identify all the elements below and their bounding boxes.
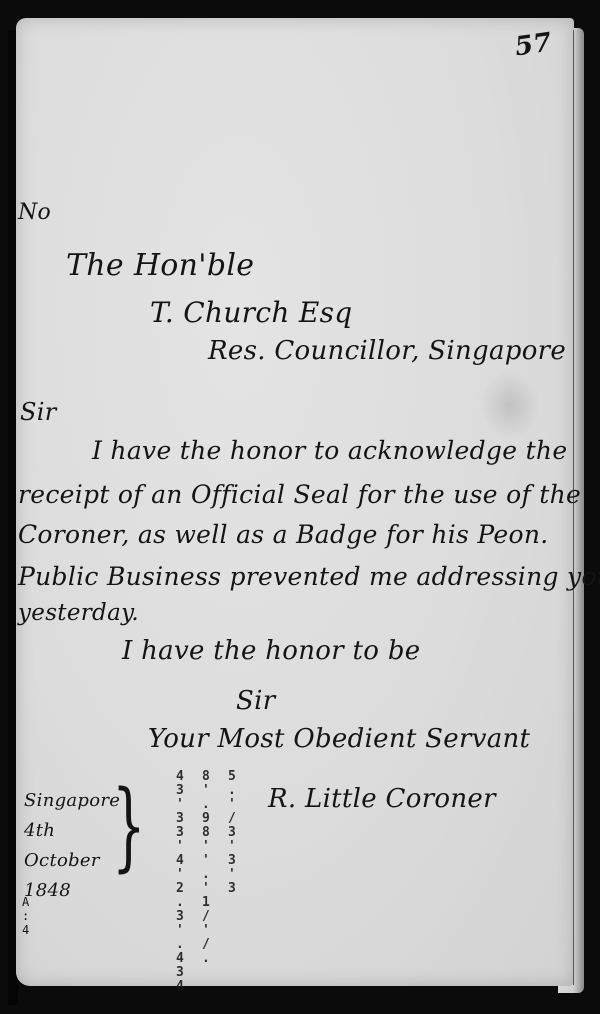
salutation: Sir bbox=[20, 398, 57, 426]
brace-icon: } bbox=[112, 778, 146, 874]
body-line-5: yesterday. bbox=[18, 600, 139, 626]
body-line-1: I have the honor to acknowledge the bbox=[92, 436, 567, 465]
ink-bleed-stain bbox=[480, 370, 540, 440]
left-edge-marks: A : 4 bbox=[22, 895, 29, 937]
body-line-3: Coroner, as well as a Badge for his Peon… bbox=[18, 520, 549, 549]
address-line-name: T. Church Esq bbox=[150, 296, 352, 329]
closing-line-2: Sir bbox=[236, 686, 275, 716]
register-column-2: 8 ' . 9 8 ' ' . ' 1 / ' / . bbox=[202, 770, 216, 985]
address-line-position: Res. Councillor, Singapore bbox=[208, 336, 566, 366]
signature: R. Little Coroner bbox=[268, 784, 496, 814]
address-line-title: The Hon'ble bbox=[66, 248, 254, 283]
folio-number: 57 bbox=[513, 28, 554, 63]
place-and-date: Singapore 4th October 1848 bbox=[24, 786, 124, 906]
bleed-through-register-columns: 4 3 ' 3 3 ' 4 ' 2 . 3 ' . 4 3 4 8 ' . 9 … bbox=[172, 770, 252, 985]
register-column-1: 4 3 ' 3 3 ' 4 ' 2 . 3 ' . 4 3 4 bbox=[176, 770, 190, 985]
closing-line-3: Your Most Obedient Servant bbox=[148, 724, 530, 754]
register-column-3: 5 . ' / 3 ' 3 ' 3 bbox=[228, 770, 242, 985]
body-line-2: receipt of an Official Seal for the use … bbox=[18, 480, 581, 509]
body-line-4: Public Business prevented me addressing … bbox=[18, 562, 600, 591]
date-day: 4th October bbox=[24, 816, 124, 876]
closing-line-1: I have the honor to be bbox=[122, 636, 420, 666]
date-year: 1848 bbox=[24, 876, 124, 906]
place: Singapore bbox=[24, 786, 124, 816]
margin-mark: No bbox=[18, 200, 51, 225]
